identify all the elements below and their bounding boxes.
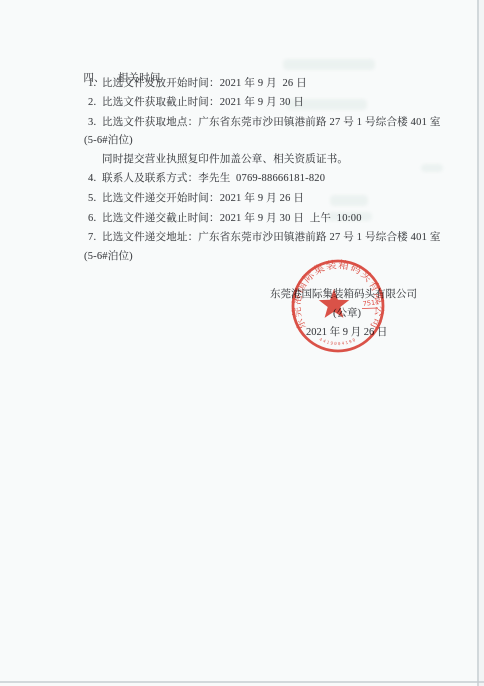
list-item-text: (5-6#泊位) <box>84 251 133 262</box>
list-item-3: 3.比选文件获取地点：广东省东莞市沙田镇港前路 27 号 1 号综合楼 401 … <box>88 116 441 130</box>
bleed-through-mark <box>330 195 368 206</box>
bleed-through-mark <box>283 59 375 70</box>
note-line: 同时提交营业执照复印件加盖公章、相关资质证书。 <box>102 153 348 167</box>
list-item-text: (5-6#泊位) <box>84 135 133 146</box>
list-item-6: 6.比选文件递交截止时间：2021 年 9 月 30 日 上午 10:00 <box>88 212 362 226</box>
list-item-5: 5.比选文件递交开始时间：2021 年 9 月 26 日 <box>88 192 304 206</box>
scanned-document-page: 四、相关时间 1.比选文件发放开始时间：2021 年 9 月 26 日 2.比选… <box>0 0 484 686</box>
star-icon <box>319 289 349 318</box>
list-item-text: 比选文件获取截止时间：2021 年 9 月 30 日 <box>102 97 304 108</box>
seal-circular-text: 东莞港国际集装箱码头有限公司 <box>290 258 386 332</box>
list-item-text: 比选文件获取地点：广东省东莞市沙田镇港前路 27 号 1 号综合楼 401 室 <box>102 117 441 128</box>
list-item-2: 2.比选文件获取截止时间：2021 年 9 月 30 日 <box>88 96 304 110</box>
list-item-4: 4.联系人及联系方式：李先生 0769-88666181-820 <box>88 172 325 186</box>
list-item-1: 1.比选文件发放开始时间：2021 年 9 月 26 日 <box>88 77 307 91</box>
page-right-edge <box>477 0 479 686</box>
seal-serial-number: 4419004190 <box>319 337 358 346</box>
list-item-text: 比选文件递交截止时间：2021 年 9 月 30 日 上午 10:00 <box>102 213 362 224</box>
list-item-3-continuation: (5-6#泊位) <box>84 134 133 148</box>
list-item-7-continuation: (5-6#泊位) <box>84 250 133 264</box>
page-bottom-edge <box>0 681 484 683</box>
list-item-text: 比选文件递交地址：广东省东莞市沙田镇港前路 27 号 1 号综合楼 401 室 <box>102 232 441 243</box>
list-item-text: 联系人及联系方式：李先生 0769-88666181-820 <box>102 173 325 184</box>
bleed-through-mark <box>421 164 443 172</box>
scan-margin <box>479 0 484 686</box>
company-seal-stamp: 东莞港国际集装箱码头有限公司 4419004190 7511 <box>278 246 398 366</box>
seal-code-underline <box>362 308 378 309</box>
note-text: 同时提交营业执照复印件加盖公章、相关资质证书。 <box>102 154 348 165</box>
list-item-text: 比选文件发放开始时间：2021 年 9 月 26 日 <box>102 78 307 89</box>
list-item-text: 比选文件递交开始时间：2021 年 9 月 26 日 <box>102 193 304 204</box>
list-item-7: 7.比选文件递交地址：广东省东莞市沙田镇港前路 27 号 1 号综合楼 401 … <box>88 231 441 245</box>
